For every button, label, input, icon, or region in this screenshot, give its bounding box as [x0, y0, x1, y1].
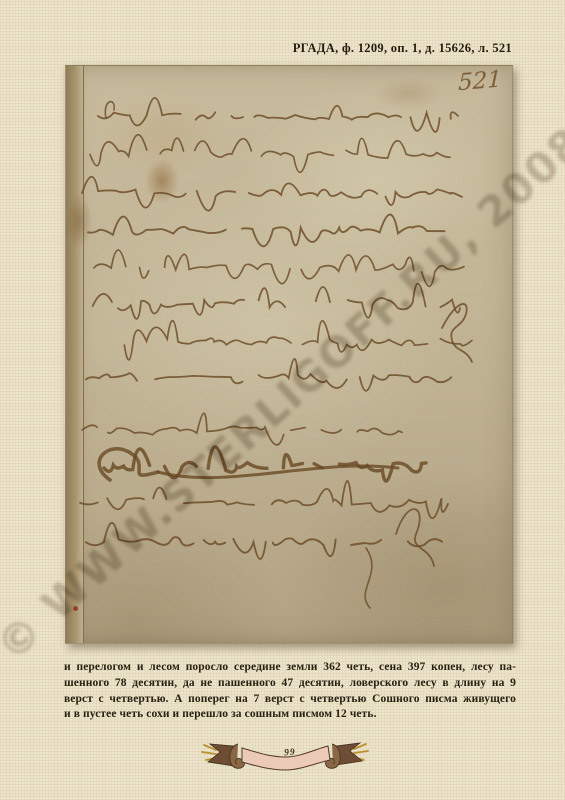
book-page: РГАДА, ф. 1209, оп. 1, д. 15626, л. 521 …: [0, 0, 565, 800]
manuscript-scan: 521: [65, 65, 513, 644]
archive-reference: РГАДА, ф. 1209, оп. 1, д. 15626, л. 521: [293, 41, 512, 55]
caption-line: и в пустее четь сохи и перешло за сошным…: [64, 707, 516, 723]
caption-line: шенного 78 десятин, да не пашенного 47 д…: [64, 676, 516, 692]
folio-number: 521: [458, 66, 510, 97]
page-number-banner: 99: [274, 746, 307, 760]
caption-text: и перелогом и лесом поросло середине зем…: [64, 660, 516, 723]
caption-line: и перелогом и лесом поросло середине зем…: [64, 660, 516, 676]
handwriting-lines: [66, 66, 512, 643]
caption-line: верст с четвертью. А поперег на 7 верст …: [64, 692, 516, 708]
